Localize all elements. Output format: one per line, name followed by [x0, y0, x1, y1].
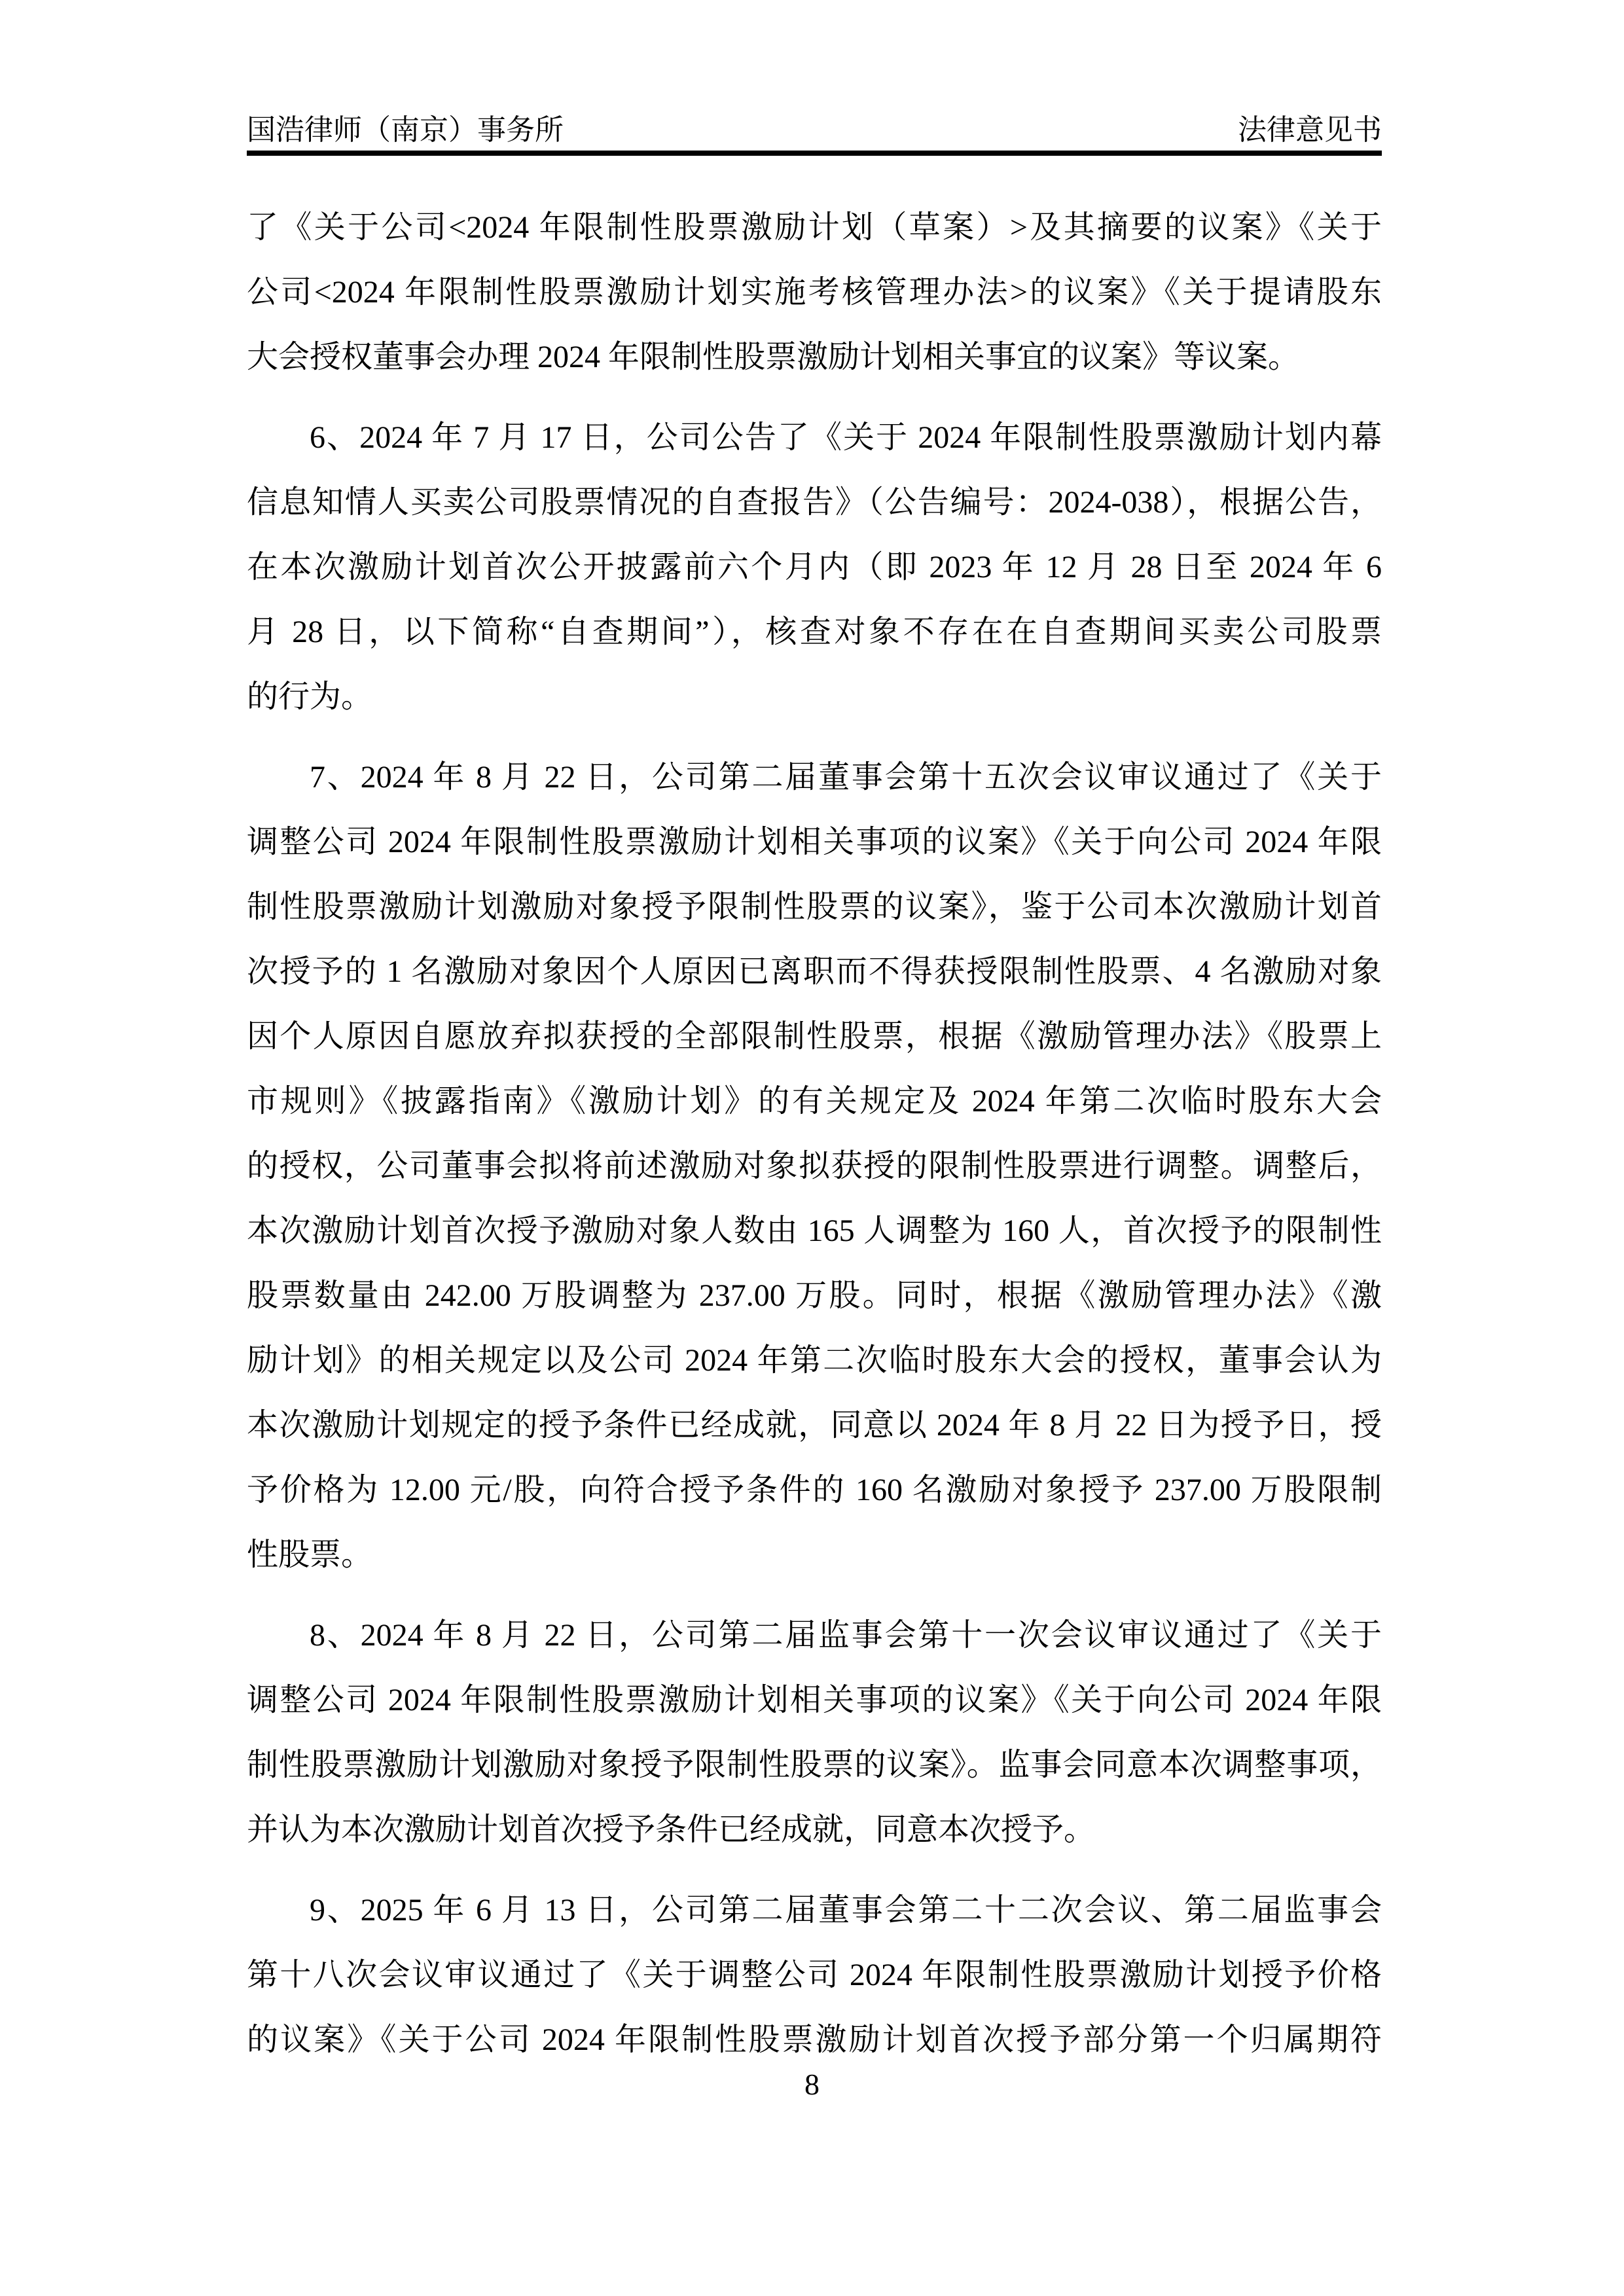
text-line: 公司<2024 年限制性股票激励计划实施考核管理办法>的议案》《关于提请股东	[247, 260, 1382, 325]
text-line: 性股票。	[247, 1522, 1382, 1587]
text-line: 本次激励计划首次授予激励对象人数由 165 人调整为 160 人，首次授予的限制…	[247, 1198, 1382, 1263]
text-line: 并认为本次激励计划首次授予条件已经成就，同意本次授予。	[247, 1797, 1382, 1862]
header-firm-name: 国浩律师（南京）事务所	[247, 115, 564, 145]
paragraph: 6、2024 年 7 月 17 日，公司公告了《关于 2024 年限制性股票激励…	[247, 405, 1382, 729]
page-footer: 8	[0, 2068, 1624, 2101]
text-line: 信息知情人买卖公司股票情况的自查报告》（公告编号：2024-038），根据公告，	[247, 470, 1382, 535]
text-line: 励计划》的相关规定以及公司 2024 年第二次临时股东大会的授权，董事会认为	[247, 1328, 1382, 1393]
page-header: 国浩律师（南京）事务所 法律意见书	[247, 115, 1382, 145]
text-line: 制性股票激励计划激励对象授予限制性股票的议案》，鉴于公司本次激励计划首	[247, 874, 1382, 939]
text-line: 的行为。	[247, 664, 1382, 729]
paragraph: 9、2025 年 6 月 13 日，公司第二届董事会第二十二次会议、第二届监事会…	[247, 1878, 1382, 2072]
document-page: 国浩律师（南京）事务所 法律意见书 了《关于公司<2024 年限制性股票激励计划…	[0, 0, 1624, 2296]
text-line: 8、2024 年 8 月 22 日，公司第二届监事会第十一次会议审议通过了《关于	[247, 1603, 1382, 1668]
text-line: 因个人原因自愿放弃拟获授的全部限制性股票，根据《激励管理办法》《股票上	[247, 1004, 1382, 1069]
text-line: 的授权，公司董事会拟将前述激励对象拟获授的限制性股票进行调整。调整后，	[247, 1134, 1382, 1198]
text-line: 在本次激励计划首次公开披露前六个月内（即 2023 年 12 月 28 日至 2…	[247, 535, 1382, 600]
page-number: 8	[804, 2068, 820, 2101]
text-line: 7、2024 年 8 月 22 日，公司第二届董事会第十五次会议审议通过了《关于	[247, 745, 1382, 810]
header-doc-type: 法律意见书	[1238, 115, 1382, 145]
text-line: 月 28 日，以下简称“自查期间”），核查对象不存在在自查期间买卖公司股票	[247, 600, 1382, 664]
text-line: 市规则》《披露指南》《激励计划》的有关规定及 2024 年第二次临时股东大会	[247, 1069, 1382, 1134]
paragraph: 7、2024 年 8 月 22 日，公司第二届董事会第十五次会议审议通过了《关于…	[247, 745, 1382, 1587]
text-line: 予价格为 12.00 元/股，向符合授予条件的 160 名激励对象授予 237.…	[247, 1458, 1382, 1522]
text-line: 第十八次会议审议通过了《关于调整公司 2024 年限制性股票激励计划授予价格	[247, 1943, 1382, 2007]
text-line: 调整公司 2024 年限制性股票激励计划相关事项的议案》《关于向公司 2024 …	[247, 1668, 1382, 1732]
text-line: 次授予的 1 名激励对象因个人原因已离职而不得获授限制性股票、4 名激励对象	[247, 939, 1382, 1004]
text-line: 6、2024 年 7 月 17 日，公司公告了《关于 2024 年限制性股票激励…	[247, 405, 1382, 470]
header-divider	[247, 151, 1382, 156]
text-line: 9、2025 年 6 月 13 日，公司第二届董事会第二十二次会议、第二届监事会	[247, 1878, 1382, 1943]
text-line: 的议案》《关于公司 2024 年限制性股票激励计划首次授予部分第一个归属期符	[247, 2007, 1382, 2072]
paragraph: 8、2024 年 8 月 22 日，公司第二届监事会第十一次会议审议通过了《关于…	[247, 1603, 1382, 1862]
text-line: 调整公司 2024 年限制性股票激励计划相关事项的议案》《关于向公司 2024 …	[247, 810, 1382, 874]
document-body: 了《关于公司<2024 年限制性股票激励计划（草案）>及其摘要的议案》《关于公司…	[247, 195, 1382, 2072]
text-line: 本次激励计划规定的授予条件已经成就，同意以 2024 年 8 月 22 日为授予…	[247, 1393, 1382, 1458]
paragraph: 了《关于公司<2024 年限制性股票激励计划（草案）>及其摘要的议案》《关于公司…	[247, 195, 1382, 389]
text-line: 了《关于公司<2024 年限制性股票激励计划（草案）>及其摘要的议案》《关于	[247, 195, 1382, 260]
text-line: 制性股票激励计划激励对象授予限制性股票的议案》。监事会同意本次调整事项，	[247, 1732, 1382, 1797]
text-line: 股票数量由 242.00 万股调整为 237.00 万股。同时，根据《激励管理办…	[247, 1263, 1382, 1328]
text-line: 大会授权董事会办理 2024 年限制性股票激励计划相关事宜的议案》等议案。	[247, 325, 1382, 389]
